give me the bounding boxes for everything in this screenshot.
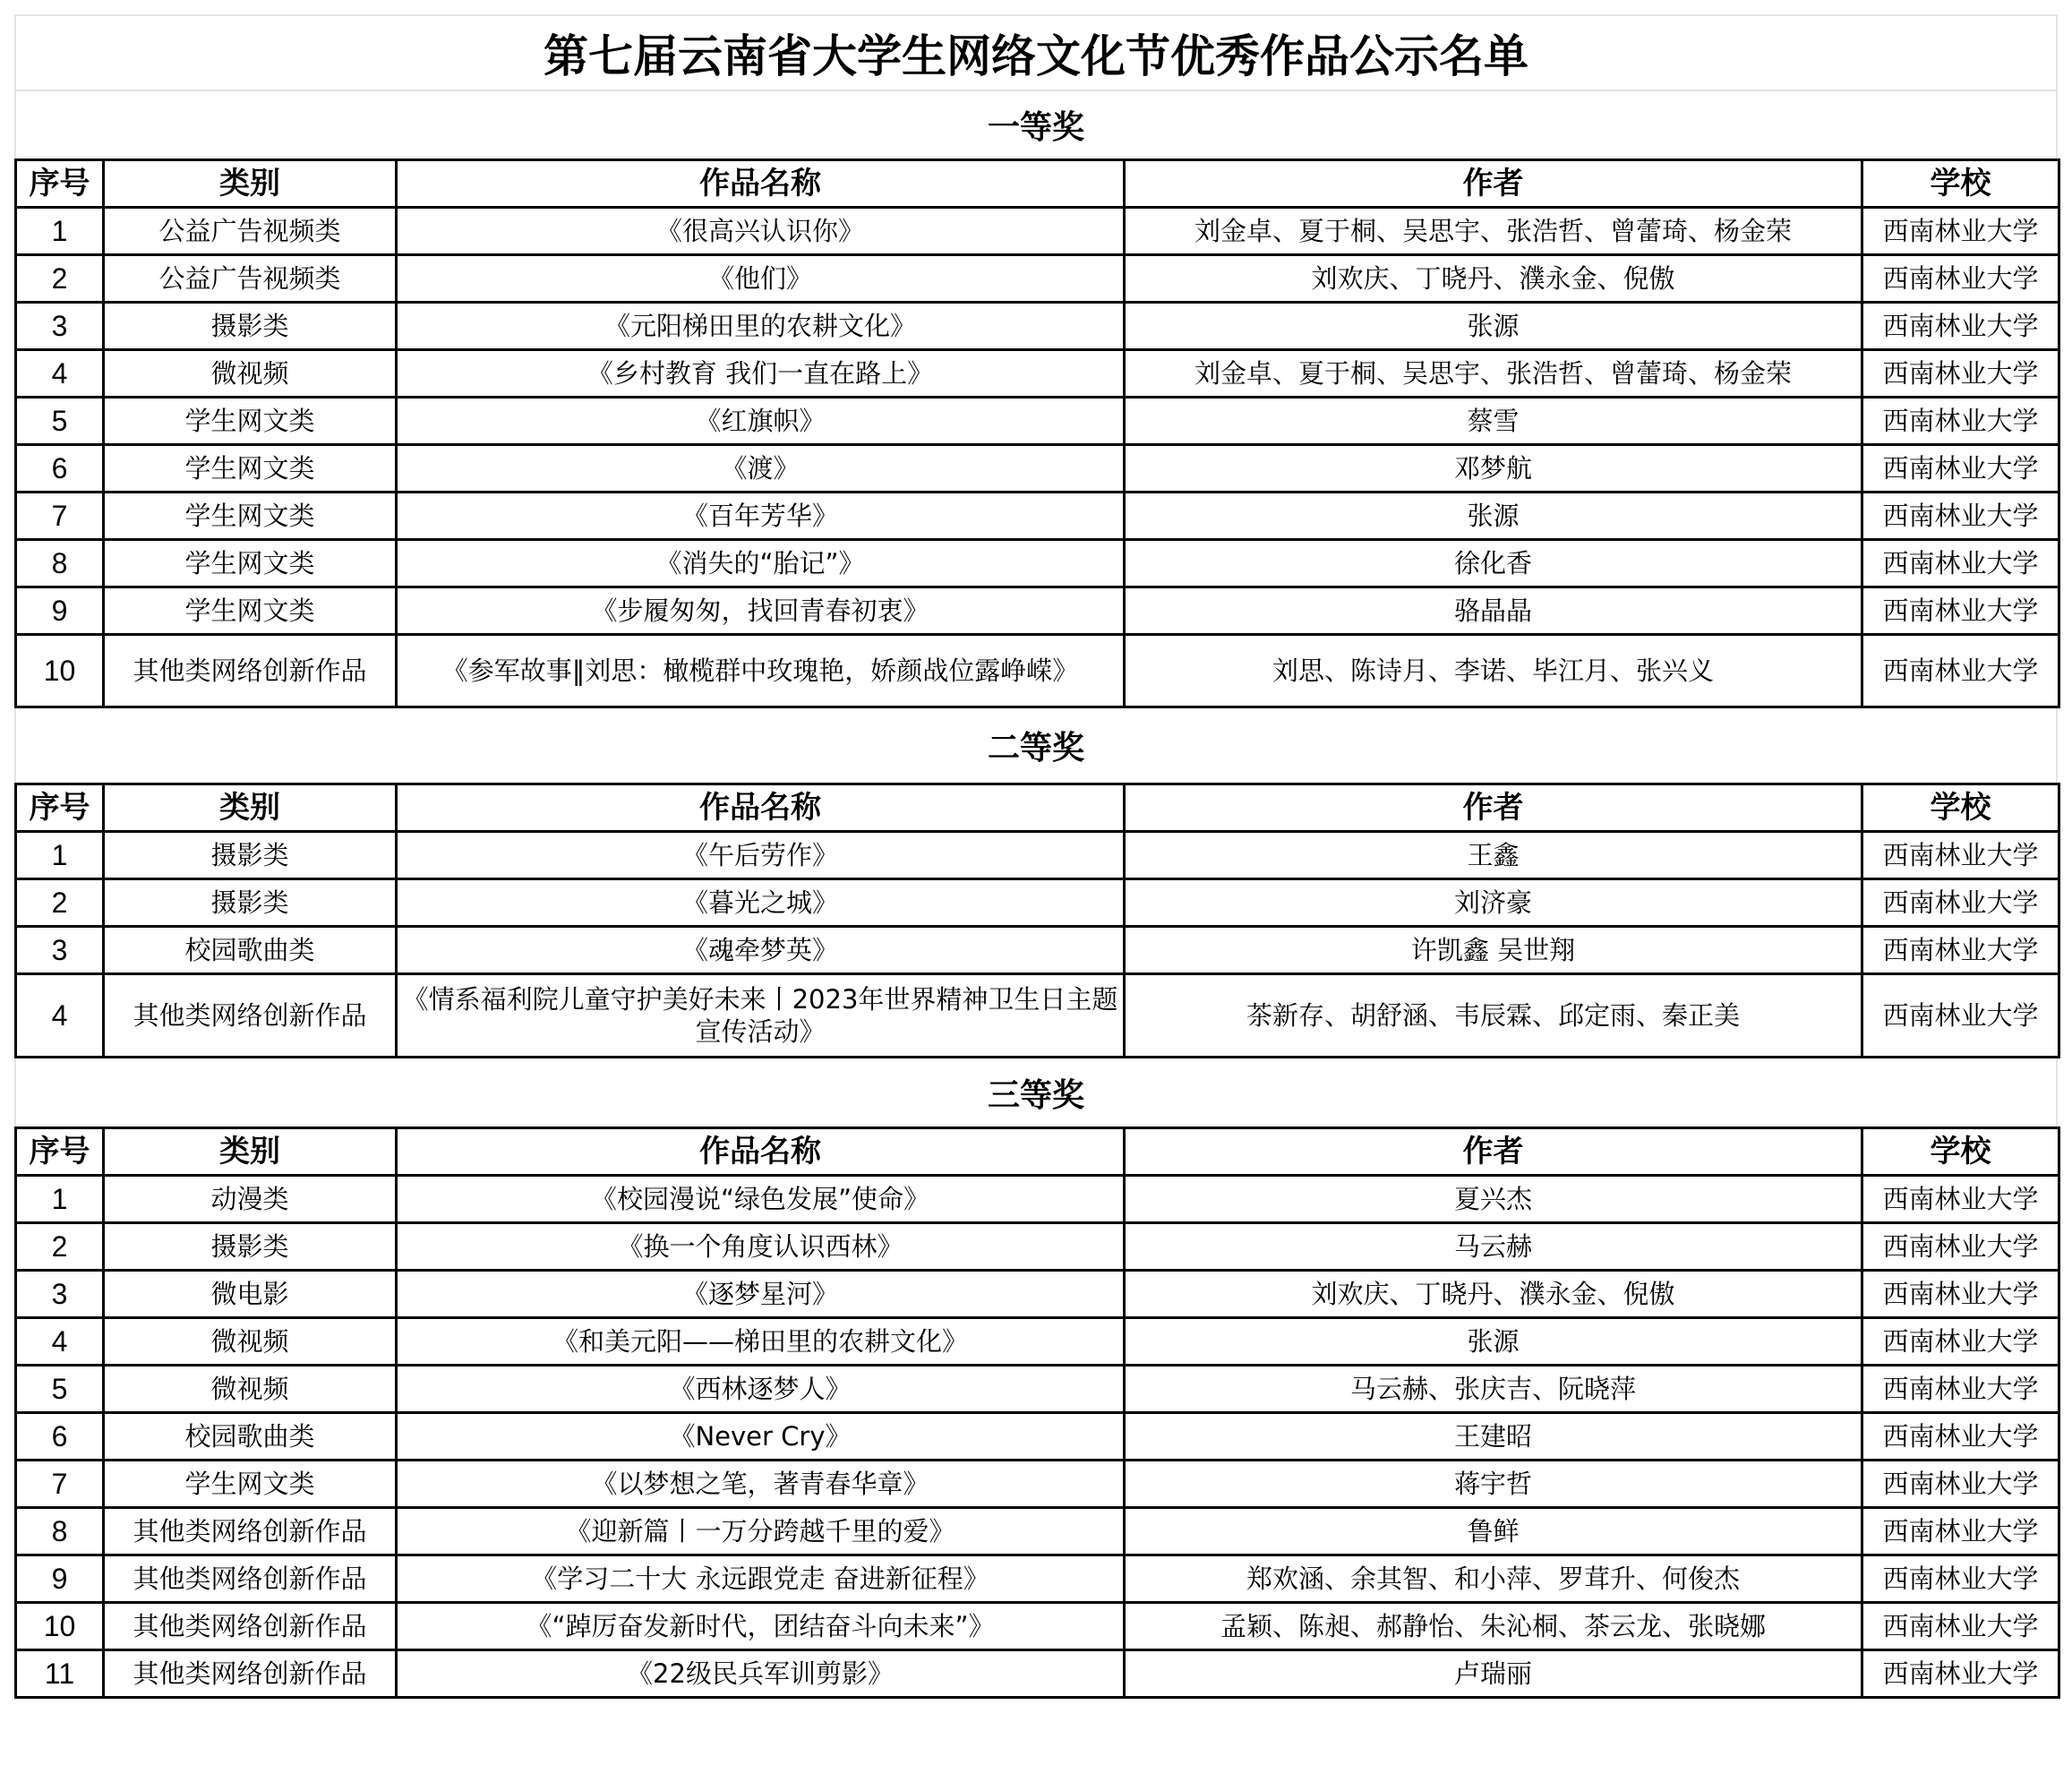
- cell-no: 8: [16, 1508, 104, 1555]
- table-row: 4其他类网络创新作品《情系福利院儿童守护美好未来丨2023年世界精神卫生日主题宣…: [16, 974, 2059, 1058]
- cell-authors: 刘思、陈诗月、李诺、毕江月、张兴义: [1125, 635, 1862, 707]
- cell-no: 1: [16, 1176, 104, 1223]
- cell-work: 《渡》: [397, 445, 1125, 493]
- cell-school: 西南林业大学: [1862, 350, 2059, 398]
- cell-category: 学生网文类: [104, 445, 397, 493]
- cell-category: 微视频: [104, 350, 397, 398]
- cell-work: 《情系福利院儿童守护美好未来丨2023年世界精神卫生日主题宣传活动》: [397, 974, 1125, 1058]
- cell-authors: 刘金卓、夏于桐、吴思宇、张浩哲、曾蕾琦、杨金荣: [1125, 208, 1862, 255]
- cell-no: 8: [16, 540, 104, 587]
- header-authors: 作者: [1125, 784, 1862, 832]
- table-row: 9其他类网络创新作品《学习二十大 永远跟党走 奋进新征程》郑欢涵、余其智、和小萍…: [16, 1555, 2059, 1603]
- cell-work: 《换一个角度认识西林》: [397, 1223, 1125, 1271]
- cell-school: 西南林业大学: [1862, 1461, 2059, 1508]
- cell-no: 7: [16, 493, 104, 540]
- section-header-row: 一等奖: [14, 91, 2058, 158]
- cell-category: 其他类网络创新作品: [104, 1603, 397, 1650]
- table-row: 1动漫类《校园漫说“绿色发展”使命》夏兴杰西南林业大学: [16, 1176, 2059, 1223]
- cell-authors: 鲁鲜: [1125, 1508, 1862, 1555]
- cell-no: 10: [16, 635, 104, 707]
- cell-school: 西南林业大学: [1862, 974, 2059, 1058]
- award-table: 序号类别作品名称作者学校1动漫类《校园漫说“绿色发展”使命》夏兴杰西南林业大学2…: [14, 1127, 2060, 1699]
- header-authors: 作者: [1125, 1128, 1862, 1176]
- table-row: 8学生网文类《消失的“胎记”》徐化香西南林业大学: [16, 540, 2059, 587]
- cell-category: 校园歌曲类: [104, 927, 397, 974]
- cell-work: 《很高兴认识你》: [397, 208, 1125, 255]
- cell-no: 9: [16, 587, 104, 635]
- cell-school: 西南林业大学: [1862, 1603, 2059, 1650]
- cell-no: 3: [16, 303, 104, 350]
- cell-category: 学生网文类: [104, 1461, 397, 1508]
- cell-authors: 王建昭: [1125, 1413, 1862, 1461]
- table-row: 7学生网文类《百年芳华》张源西南林业大学: [16, 493, 2059, 540]
- header-no: 序号: [16, 1128, 104, 1176]
- table-row: 4微视频《和美元阳——梯田里的农耕文化》张源西南林业大学: [16, 1318, 2059, 1366]
- cell-authors: 王鑫: [1125, 832, 1862, 879]
- cell-school: 西南林业大学: [1862, 1271, 2059, 1318]
- cell-category: 其他类网络创新作品: [104, 1650, 397, 1698]
- cell-category: 学生网文类: [104, 398, 397, 445]
- cell-category: 微视频: [104, 1366, 397, 1413]
- table-row: 2摄影类《暮光之城》刘济豪西南林业大学: [16, 879, 2059, 927]
- cell-school: 西南林业大学: [1862, 879, 2059, 927]
- cell-work: 《“踔厉奋发新时代，团结奋斗向未来”》: [397, 1603, 1125, 1650]
- cell-category: 学生网文类: [104, 540, 397, 587]
- sections-container: 一等奖序号类别作品名称作者学校1公益广告视频类《很高兴认识你》刘金卓、夏于桐、吴…: [14, 91, 2058, 1699]
- table-row: 3摄影类《元阳梯田里的农耕文化》张源西南林业大学: [16, 303, 2059, 350]
- cell-category: 摄影类: [104, 303, 397, 350]
- cell-category: 微视频: [104, 1318, 397, 1366]
- award-table: 序号类别作品名称作者学校1摄影类《午后劳作》王鑫西南林业大学2摄影类《暮光之城》…: [14, 783, 2060, 1058]
- cell-authors: 卢瑞丽: [1125, 1650, 1862, 1698]
- cell-school: 西南林业大学: [1862, 1413, 2059, 1461]
- header-authors: 作者: [1125, 160, 1862, 208]
- cell-category: 公益广告视频类: [104, 255, 397, 303]
- cell-work: 《元阳梯田里的农耕文化》: [397, 303, 1125, 350]
- cell-authors: 蒋宇哲: [1125, 1461, 1862, 1508]
- cell-authors: 刘金卓、夏于桐、吴思宇、张浩哲、曾蕾琦、杨金荣: [1125, 350, 1862, 398]
- cell-authors: 茶新存、胡舒涵、韦辰霖、邱定雨、秦正美: [1125, 974, 1862, 1058]
- cell-school: 西南林业大学: [1862, 303, 2059, 350]
- cell-no: 1: [16, 832, 104, 879]
- table-header-row: 序号类别作品名称作者学校: [16, 1128, 2059, 1176]
- table-row: 3校园歌曲类《魂牵梦英》许凯鑫 吴世翔西南林业大学: [16, 927, 2059, 974]
- cell-authors: 骆晶晶: [1125, 587, 1862, 635]
- cell-school: 西南林业大学: [1862, 635, 2059, 707]
- cell-work: 《暮光之城》: [397, 879, 1125, 927]
- cell-school: 西南林业大学: [1862, 1223, 2059, 1271]
- cell-school: 西南林业大学: [1862, 1366, 2059, 1413]
- cell-authors: 刘欢庆、丁晓丹、濮永金、倪傲: [1125, 1271, 1862, 1318]
- cell-no: 4: [16, 974, 104, 1058]
- cell-no: 2: [16, 879, 104, 927]
- cell-no: 2: [16, 1223, 104, 1271]
- title-row: 第七届云南省大学生网络文化节优秀作品公示名单: [14, 14, 2058, 91]
- table-row: 6学生网文类《渡》邓梦航西南林业大学: [16, 445, 2059, 493]
- page-title: 第七届云南省大学生网络文化节优秀作品公示名单: [544, 21, 1528, 85]
- table-row: 1公益广告视频类《很高兴认识你》刘金卓、夏于桐、吴思宇、张浩哲、曾蕾琦、杨金荣西…: [16, 208, 2059, 255]
- cell-work: 《校园漫说“绿色发展”使命》: [397, 1176, 1125, 1223]
- table-row: 8其他类网络创新作品《迎新篇丨一万分跨越千里的爱》鲁鲜西南林业大学: [16, 1508, 2059, 1555]
- table-row: 4微视频《乡村教育 我们一直在路上》刘金卓、夏于桐、吴思宇、张浩哲、曾蕾琦、杨金…: [16, 350, 2059, 398]
- cell-school: 西南林业大学: [1862, 540, 2059, 587]
- cell-school: 西南林业大学: [1862, 398, 2059, 445]
- cell-work: 《乡村教育 我们一直在路上》: [397, 350, 1125, 398]
- cell-work: 《步履匆匆，找回青春初衷》: [397, 587, 1125, 635]
- cell-authors: 徐化香: [1125, 540, 1862, 587]
- cell-authors: 张源: [1125, 1318, 1862, 1366]
- cell-authors: 夏兴杰: [1125, 1176, 1862, 1223]
- cell-category: 动漫类: [104, 1176, 397, 1223]
- cell-category: 公益广告视频类: [104, 208, 397, 255]
- cell-category: 微电影: [104, 1271, 397, 1318]
- table-row: 5学生网文类《红旗帜》蔡雪西南林业大学: [16, 398, 2059, 445]
- cell-authors: 孟颖、陈昶、郝静怡、朱沁桐、茶云龙、张晓娜: [1125, 1603, 1862, 1650]
- table-row: 10其他类网络创新作品《参军故事‖刘思：橄榄群中玫瑰艳，娇颜战位露峥嵘》刘思、陈…: [16, 635, 2059, 707]
- cell-work: 《他们》: [397, 255, 1125, 303]
- cell-school: 西南林业大学: [1862, 1176, 2059, 1223]
- cell-no: 9: [16, 1555, 104, 1603]
- table-header-row: 序号类别作品名称作者学校: [16, 160, 2059, 208]
- header-work: 作品名称: [397, 1128, 1125, 1176]
- cell-category: 其他类网络创新作品: [104, 974, 397, 1058]
- cell-category: 摄影类: [104, 832, 397, 879]
- cell-school: 西南林业大学: [1862, 1650, 2059, 1698]
- section-title: 一等奖: [988, 102, 1084, 148]
- cell-authors: 张源: [1125, 303, 1862, 350]
- cell-authors: 许凯鑫 吴世翔: [1125, 927, 1862, 974]
- cell-category: 其他类网络创新作品: [104, 1555, 397, 1603]
- cell-no: 2: [16, 255, 104, 303]
- cell-no: 6: [16, 445, 104, 493]
- cell-authors: 马云赫: [1125, 1223, 1862, 1271]
- cell-category: 摄影类: [104, 1223, 397, 1271]
- cell-work: 《和美元阳——梯田里的农耕文化》: [397, 1318, 1125, 1366]
- cell-category: 其他类网络创新作品: [104, 1508, 397, 1555]
- cell-work: 《学习二十大 永远跟党走 奋进新征程》: [397, 1555, 1125, 1603]
- cell-school: 西南林业大学: [1862, 445, 2059, 493]
- cell-category: 学生网文类: [104, 493, 397, 540]
- cell-school: 西南林业大学: [1862, 255, 2059, 303]
- table-row: 10其他类网络创新作品《“踔厉奋发新时代，团结奋斗向未来”》孟颖、陈昶、郝静怡、…: [16, 1603, 2059, 1650]
- header-work: 作品名称: [397, 160, 1125, 208]
- cell-work: 《午后劳作》: [397, 832, 1125, 879]
- cell-category: 其他类网络创新作品: [104, 635, 397, 707]
- header-no: 序号: [16, 784, 104, 832]
- award-table: 序号类别作品名称作者学校1公益广告视频类《很高兴认识你》刘金卓、夏于桐、吴思宇、…: [14, 158, 2060, 708]
- table-row: 1摄影类《午后劳作》王鑫西南林业大学: [16, 832, 2059, 879]
- cell-no: 7: [16, 1461, 104, 1508]
- header-work: 作品名称: [397, 784, 1125, 832]
- cell-authors: 张源: [1125, 493, 1862, 540]
- cell-work: 《22级民兵军训剪影》: [397, 1650, 1125, 1698]
- cell-work: 《Never Cry》: [397, 1413, 1125, 1461]
- cell-work: 《逐梦星河》: [397, 1271, 1125, 1318]
- cell-no: 3: [16, 927, 104, 974]
- cell-no: 5: [16, 1366, 104, 1413]
- cell-category: 摄影类: [104, 879, 397, 927]
- header-no: 序号: [16, 160, 104, 208]
- cell-category: 学生网文类: [104, 587, 397, 635]
- cell-authors: 刘济豪: [1125, 879, 1862, 927]
- section-header-row: 三等奖: [14, 1058, 2058, 1127]
- cell-no: 4: [16, 350, 104, 398]
- cell-school: 西南林业大学: [1862, 832, 2059, 879]
- cell-no: 3: [16, 1271, 104, 1318]
- cell-category: 校园歌曲类: [104, 1413, 397, 1461]
- cell-authors: 蔡雪: [1125, 398, 1862, 445]
- cell-school: 西南林业大学: [1862, 587, 2059, 635]
- cell-authors: 马云赫、张庆吉、阮晓萍: [1125, 1366, 1862, 1413]
- cell-school: 西南林业大学: [1862, 927, 2059, 974]
- cell-work: 《消失的“胎记”》: [397, 540, 1125, 587]
- table-row: 9学生网文类《步履匆匆，找回青春初衷》骆晶晶西南林业大学: [16, 587, 2059, 635]
- table-row: 7学生网文类《以梦想之笔，著青春华章》蒋宇哲西南林业大学: [16, 1461, 2059, 1508]
- cell-authors: 郑欢涵、余其智、和小萍、罗茸升、何俊杰: [1125, 1555, 1862, 1603]
- cell-no: 6: [16, 1413, 104, 1461]
- cell-work: 《百年芳华》: [397, 493, 1125, 540]
- header-school: 学校: [1862, 784, 2059, 832]
- cell-school: 西南林业大学: [1862, 1555, 2059, 1603]
- section-title: 二等奖: [988, 723, 1084, 768]
- header-school: 学校: [1862, 1128, 2059, 1176]
- cell-school: 西南林业大学: [1862, 1508, 2059, 1555]
- cell-no: 4: [16, 1318, 104, 1366]
- cell-authors: 邓梦航: [1125, 445, 1862, 493]
- table-row: 3微电影《逐梦星河》刘欢庆、丁晓丹、濮永金、倪傲西南林业大学: [16, 1271, 2059, 1318]
- header-category: 类别: [104, 784, 397, 832]
- cell-no: 10: [16, 1603, 104, 1650]
- cell-school: 西南林业大学: [1862, 1318, 2059, 1366]
- section-title: 三等奖: [988, 1070, 1084, 1116]
- table-row: 6校园歌曲类《Never Cry》王建昭西南林业大学: [16, 1413, 2059, 1461]
- cell-work: 《红旗帜》: [397, 398, 1125, 445]
- award-list-sheet: 第七届云南省大学生网络文化节优秀作品公示名单 一等奖序号类别作品名称作者学校1公…: [14, 14, 2058, 1699]
- table-row: 5微视频《西林逐梦人》马云赫、张庆吉、阮晓萍西南林业大学: [16, 1366, 2059, 1413]
- table-header-row: 序号类别作品名称作者学校: [16, 784, 2059, 832]
- header-school: 学校: [1862, 160, 2059, 208]
- cell-work: 《参军故事‖刘思：橄榄群中玫瑰艳，娇颜战位露峥嵘》: [397, 635, 1125, 707]
- cell-school: 西南林业大学: [1862, 208, 2059, 255]
- cell-no: 1: [16, 208, 104, 255]
- cell-work: 《魂牵梦英》: [397, 927, 1125, 974]
- cell-work: 《以梦想之笔，著青春华章》: [397, 1461, 1125, 1508]
- cell-work: 《西林逐梦人》: [397, 1366, 1125, 1413]
- section-header-row: 二等奖: [14, 708, 2058, 783]
- header-category: 类别: [104, 160, 397, 208]
- cell-school: 西南林业大学: [1862, 493, 2059, 540]
- table-row: 2摄影类《换一个角度认识西林》马云赫西南林业大学: [16, 1223, 2059, 1271]
- cell-no: 5: [16, 398, 104, 445]
- table-row: 2公益广告视频类《他们》刘欢庆、丁晓丹、濮永金、倪傲西南林业大学: [16, 255, 2059, 303]
- cell-authors: 刘欢庆、丁晓丹、濮永金、倪傲: [1125, 255, 1862, 303]
- cell-no: 11: [16, 1650, 104, 1698]
- cell-work: 《迎新篇丨一万分跨越千里的爱》: [397, 1508, 1125, 1555]
- table-row: 11其他类网络创新作品《22级民兵军训剪影》卢瑞丽西南林业大学: [16, 1650, 2059, 1698]
- header-category: 类别: [104, 1128, 397, 1176]
